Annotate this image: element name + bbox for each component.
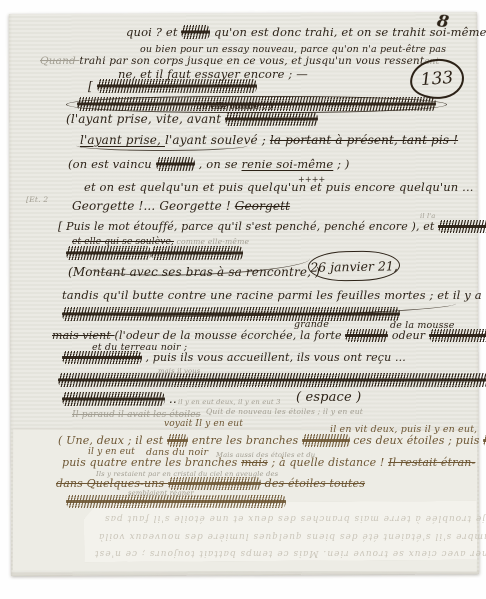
text-segment: [Et. 2: [26, 195, 48, 204]
handwritten-line: [ ou bien on était encore —: [88, 80, 257, 93]
text-segment: puis quatre entre les branches: [62, 456, 241, 469]
text-segment: [: [88, 79, 97, 93]
handwritten-line: mais vient (l'odeur de la mousse écorché…: [52, 330, 486, 342]
handwritten-line: Quit de nouveau les étoiles ; il y en eu…: [206, 408, 363, 418]
handwritten-line: voyait Il y en eut: [164, 420, 243, 430]
text-segment: des étoiles toutes: [261, 477, 365, 490]
scribbled-out-text: sans soulever: [66, 246, 151, 260]
handwritten-line: nous vous acc , puis ils vous accueillen…: [62, 352, 406, 364]
handwritten-line: quoi ? et trahi qu'on est donc trahi, et…: [126, 26, 486, 39]
date-annotation: 26 janvier 21,: [310, 258, 398, 275]
text-segment: (on est vaincu: [68, 157, 156, 171]
scribbled-out-text: vite: [167, 434, 188, 447]
text-segment: l'ayant prise,: [80, 133, 165, 147]
text-segment: [ Puis le mot étouffé, parce qu'il s'est…: [58, 220, 438, 233]
text-segment: ( espace ): [296, 390, 361, 405]
handwritten-line: en voilà il venait ..: [62, 393, 177, 406]
scribbled-out-text: de l'amour: [429, 329, 486, 342]
text-segment: ces deux étoiles ; puis: [350, 434, 484, 447]
handwritten-line: (on est vaincu vaincu , on se renie soi-…: [68, 158, 350, 171]
text-segment: renie soi-même: [242, 157, 334, 171]
text-segment: , puis ils vous accueillent, ils vous on…: [142, 351, 406, 364]
text-segment: quoi ? et: [126, 25, 181, 39]
handwritten-line: il était des borde des étoiles en la mer: [66, 496, 286, 508]
text-segment: Il restait étran-: [388, 456, 475, 469]
text-segment: il y en eut deux, il y en eut 3: [178, 398, 281, 406]
text-segment: comme elle-même: [174, 237, 249, 246]
handwritten-line: ( espace ): [296, 391, 361, 405]
text-segment: (l'odeur de la mousse écorchée, la forte: [115, 329, 346, 342]
text-segment: qu'elle tombe ; ): [196, 102, 273, 112]
handwritten-line: l'ayant prise, l'ayant soulevé ; la port…: [80, 134, 458, 147]
handwritten-line: il y en eut deux, il y en eut 3: [178, 398, 281, 407]
scribbled-out-text: et un débat entre eux parmi les branches…: [62, 307, 400, 321]
show-through-text: cette chambre s'il s'étaient été des bie…: [98, 531, 486, 541]
handwritten-line: (l'ayant prise, vite, avant que la branc…: [66, 113, 318, 126]
text-segment: ( Une, deux ; il est: [58, 434, 167, 447]
text-segment: tandis qu'il butte contre une racine par…: [62, 288, 482, 302]
text-segment: ; à quelle distance !: [268, 456, 388, 469]
scribbled-out-text: on se dégage et entre chemin et marche e…: [58, 373, 486, 387]
scribbled-out-text: d'arbres: [302, 434, 350, 447]
scribbled-out-text: mmmmmmmm: [151, 246, 243, 260]
text-segment: Georgett: [235, 199, 290, 213]
text-segment: ou bien pour un essay nouveau, parce qu'…: [140, 44, 446, 55]
folio-number: 133: [420, 68, 454, 90]
text-segment: l'ayant soulevé ;: [165, 133, 270, 147]
scribbled-out-text: que la branche: [225, 112, 318, 126]
text-segment: voyait Il y en eut: [164, 419, 243, 429]
handwritten-line: [ Puis le mot étouffé, parce qu'il s'est…: [58, 221, 486, 233]
text-segment: (Montant avec ses bras à sa rencontre, ): [68, 265, 320, 279]
text-segment: , on se: [195, 157, 242, 171]
handwritten-line: ( Une, deux ; il est vite entre les bran…: [58, 435, 486, 447]
scribbled-out-text: il arrache: [438, 220, 486, 233]
text-segment: odeur: [388, 329, 429, 342]
scribbled-out-text: nous vous acc: [62, 351, 142, 364]
text-segment: ; ): [333, 157, 349, 171]
text-segment: mais: [241, 456, 268, 469]
scribbled-out-text: vaincu: [156, 157, 195, 171]
handwritten-line: on se dégage et entre chemin et marche e…: [58, 374, 486, 387]
handwritten-line: et on est quelqu'un et puis quelqu'un et…: [84, 181, 474, 194]
scribbled-out-text: ou bien on était encore —: [97, 79, 257, 93]
handwritten-line: puis quatre entre les branches mais ; à …: [62, 457, 475, 469]
handwritten-line: (Montant avec ses bras à sa rencontre, ): [68, 266, 320, 279]
text-segment: il l'a: [420, 212, 436, 220]
text-segment: (l'ayant prise, vite, avant: [66, 112, 225, 126]
handwritten-line: et un débat entre eux parmi les branches…: [62, 308, 400, 321]
text-segment: la portant à présent, tant pis !: [270, 133, 458, 147]
handwritten-line: sans soulevermmmmmmmm: [66, 247, 243, 260]
text-segment: Quit de nouveau les étoiles ; il y en eu…: [206, 407, 363, 416]
handwritten-line: Georgette !... Georgette ! Georgett: [72, 200, 290, 213]
show-through-text: aucune si je troublée à terre mais branc…: [104, 513, 486, 523]
handwritten-line: [Et. 2: [26, 196, 48, 206]
text-segment: Georgette !... Georgette !: [72, 199, 235, 213]
manuscript-scan: aucune si je troublée à terre mais branc…: [0, 0, 486, 599]
text-segment: mais vient: [52, 329, 115, 342]
text-segment: ..: [165, 392, 177, 406]
text-segment: entre les branches: [188, 434, 302, 447]
scribbled-out-text: mousse: [345, 329, 388, 342]
handwritten-line: dans Quelques-uns Personne n'était des é…: [56, 478, 365, 490]
handwritten-line: ou bien pour un essay nouveau, parce qu'…: [140, 45, 446, 55]
text-segment: Quand: [40, 55, 79, 67]
scribbled-out-text: en voilà il venait: [62, 392, 165, 406]
text-segment: et on est quelqu'un et puis quelqu'un et…: [84, 180, 474, 194]
show-through-text: n'inner avec cieux se trouve rien. Mais …: [94, 548, 486, 558]
corner-page-number: 8: [436, 11, 451, 32]
scribbled-out-text: il était des borde des étoiles en la mer: [66, 495, 286, 508]
scribbled-out-text: trahi: [181, 25, 210, 39]
handwritten-line: tandis qu'il butte contre une racine par…: [62, 289, 482, 302]
text-segment: trahi par son corps jusque en ce vous, e…: [79, 55, 424, 67]
